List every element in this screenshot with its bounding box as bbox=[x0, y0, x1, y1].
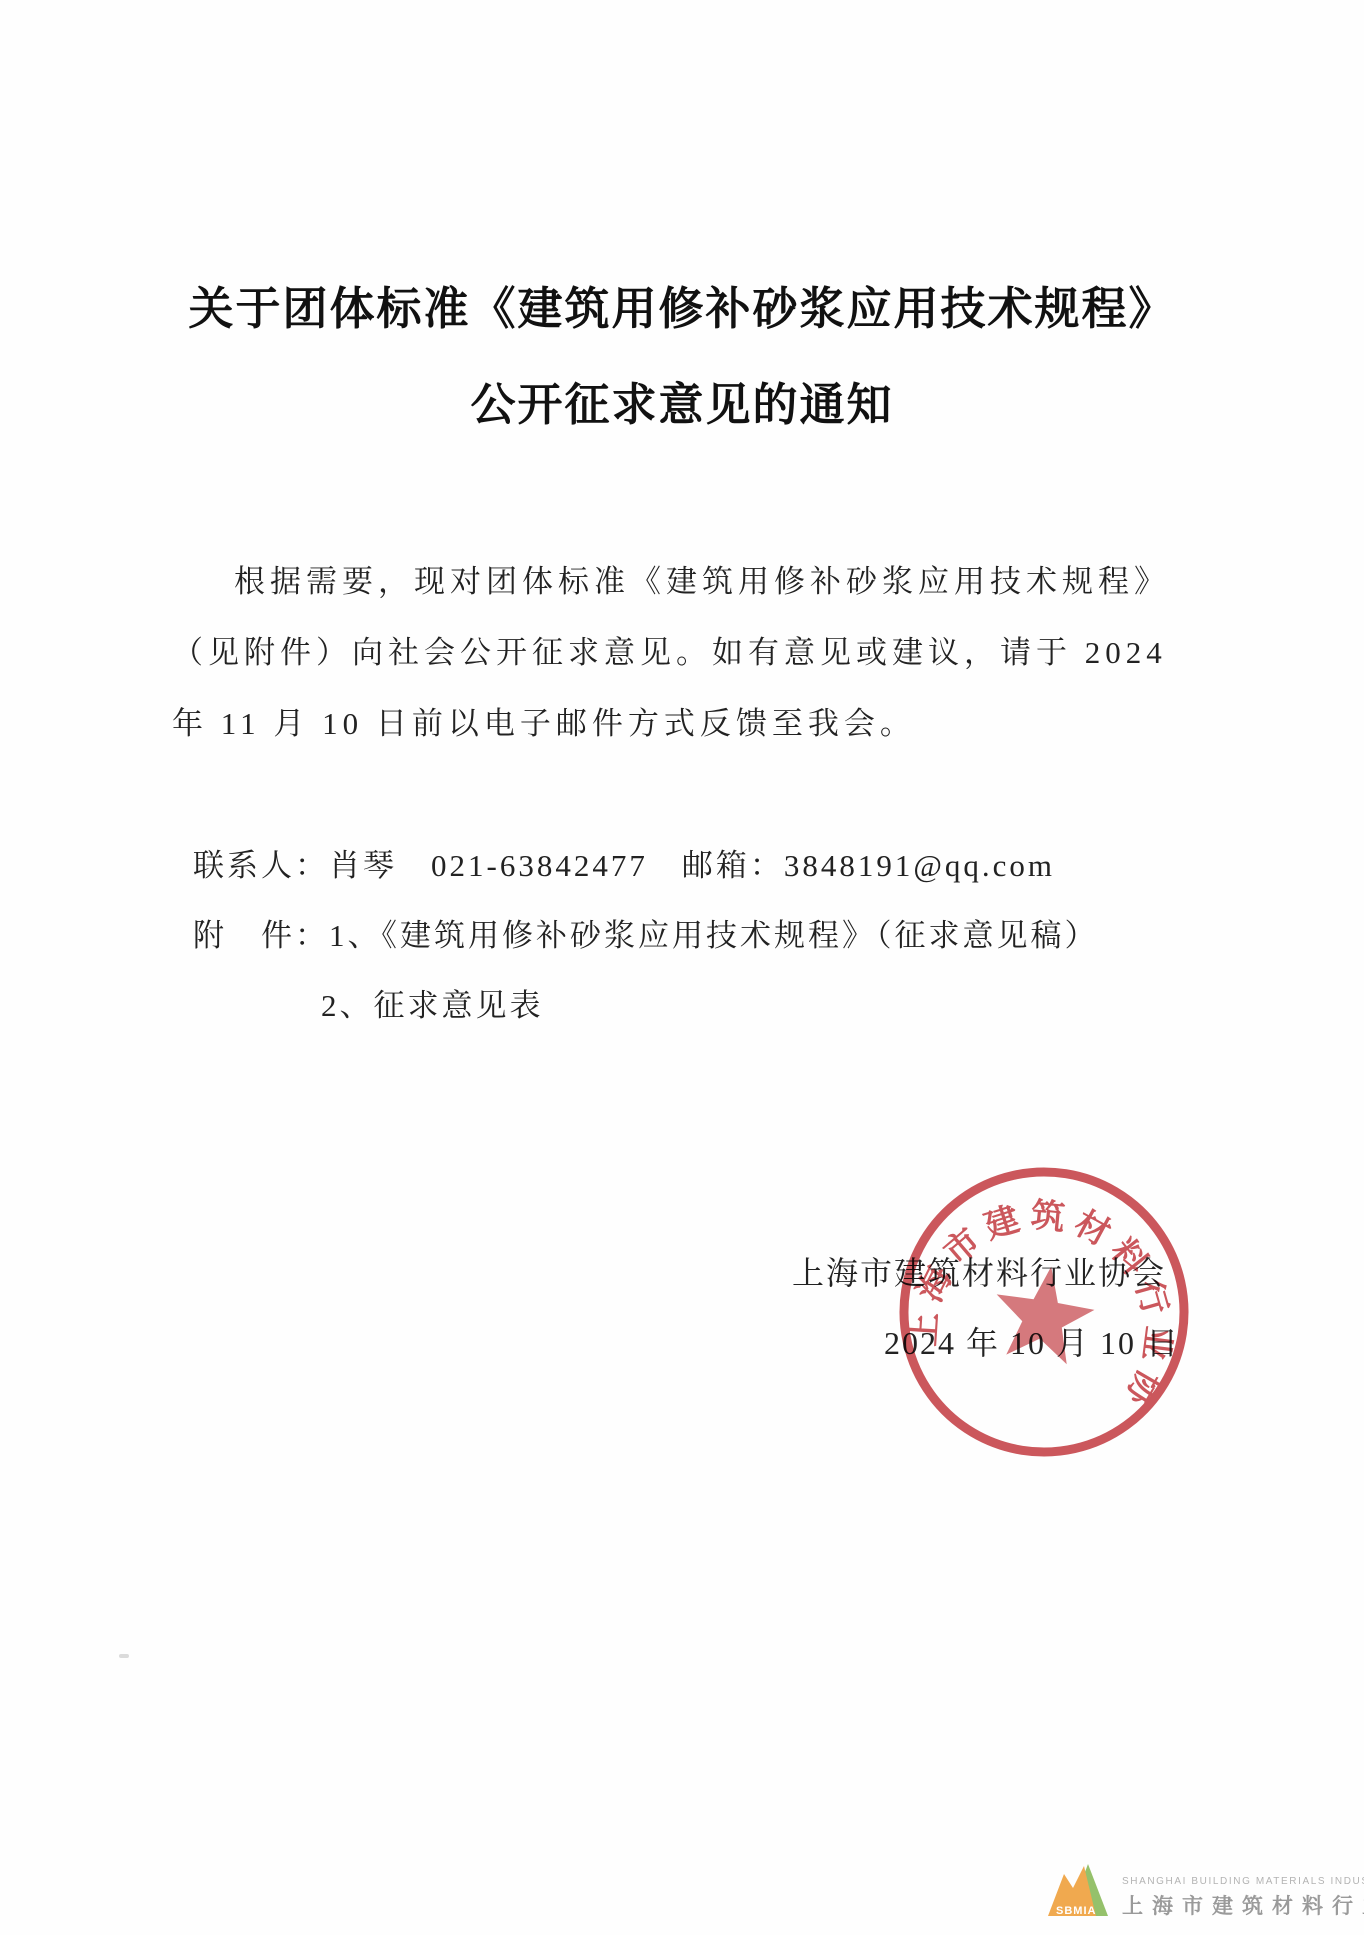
document-title-line1: 关于团体标准《建筑用修补砂浆应用技术规程》 bbox=[0, 272, 1364, 337]
sbmia-mountain-logo-icon: SBMIA bbox=[1046, 1862, 1110, 1920]
attachment-line2: 2、征求意见表 bbox=[321, 980, 544, 1025]
attachment-line1: 附 件：1、《建筑用修补砂浆应用技术规程》（征求意见稿） bbox=[193, 910, 1099, 955]
scan-artifact-speck bbox=[119, 1654, 129, 1658]
paragraph-line3: 年 11 月 10 日前以电子邮件方式反馈至我会。 bbox=[172, 698, 1192, 743]
footer-association-name-en: SHANGHAI BUILDING MATERIALS INDUSTRY ASS… bbox=[1122, 1876, 1364, 1887]
paragraph-line1: 根据需要，现对团体标准《建筑用修补砂浆应用技术规程》 bbox=[172, 556, 1192, 601]
document-title-line2: 公开征求意见的通知 bbox=[0, 368, 1364, 433]
logo-acronym: SBMIA bbox=[1056, 1905, 1096, 1917]
footer-association-name: SHANGHAI BUILDING MATERIALS INDUSTRY ASS… bbox=[1122, 1862, 1364, 1920]
signature-date: 2024 年 10 月 10 日 bbox=[884, 1318, 1180, 1364]
official-red-seal: 上海市建筑材料行业协会 bbox=[866, 1134, 1223, 1491]
footer-association-name-cn: 上海市建筑材料行业协会 bbox=[1122, 1890, 1364, 1920]
seal-outer-ring bbox=[884, 1152, 1204, 1472]
paragraph-line2: （见附件）向社会公开征求意见。如有意见或建议，请于 2024 bbox=[172, 627, 1192, 672]
association-footer-logo: SBMIA SHANGHAI BUILDING MATERIALS INDUST… bbox=[1046, 1862, 1364, 1920]
contact-line: 联系人：肖琴 021-63842477 邮箱：3848191@qq.com bbox=[193, 840, 1055, 885]
signature-org: 上海市建筑材料行业协会 bbox=[792, 1248, 1166, 1294]
notice-document-page: 关于团体标准《建筑用修补砂浆应用技术规程》 公开征求意见的通知 根据需要，现对团… bbox=[0, 0, 1364, 1935]
